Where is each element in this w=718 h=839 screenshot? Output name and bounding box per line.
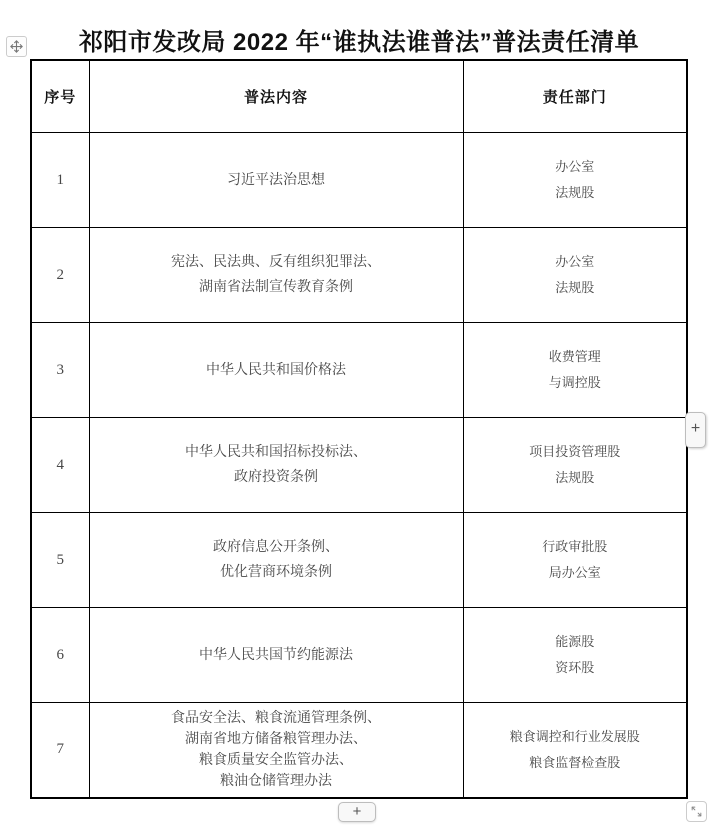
table-header-row: 序号 普法内容 责任部门 bbox=[31, 60, 687, 133]
row-content: 中华人民共和国招标投标法、 政府投资条例 bbox=[89, 418, 463, 513]
table-row: 4 中华人民共和国招标投标法、 政府投资条例 项目投资管理股 法规股 bbox=[31, 418, 687, 513]
row-content: 宪法、民法典、反有组织犯罪法、 湖南省法制宣传教育条例 bbox=[89, 228, 463, 323]
table-row: 5 政府信息公开条例、 优化营商环境条例 行政审批股 局办公室 bbox=[31, 513, 687, 608]
page-title: 祁阳市发改局 2022 年“谁执法谁普法”普法责任清单 bbox=[0, 22, 718, 57]
row-content: 中华人民共和国价格法 bbox=[89, 323, 463, 418]
col-header-department: 责任部门 bbox=[463, 60, 687, 133]
col-header-content: 普法内容 bbox=[89, 60, 463, 133]
table-resize-handle[interactable] bbox=[686, 801, 707, 822]
col-header-index: 序号 bbox=[31, 60, 89, 133]
move-icon bbox=[9, 39, 24, 54]
resize-expand-icon bbox=[690, 805, 703, 818]
table-row: 3 中华人民共和国价格法 收费管理 与调控股 bbox=[31, 323, 687, 418]
row-department: 收费管理 与调控股 bbox=[463, 323, 687, 418]
row-department: 能源股 资环股 bbox=[463, 608, 687, 703]
table-row: 6 中华人民共国节约能源法 能源股 资环股 bbox=[31, 608, 687, 703]
table-row: 7 食品安全法、粮食流通管理条例、 湖南省地方储备粮管理办法、 粮食质量安全监管… bbox=[31, 703, 687, 798]
pufa-responsibility-table: 序号 普法内容 责任部门 1 习近平法治思想 办公室 法规股 2 宪法、民法典、… bbox=[30, 59, 688, 799]
plus-icon: + bbox=[353, 804, 362, 819]
row-index: 6 bbox=[31, 608, 89, 703]
row-index: 5 bbox=[31, 513, 89, 608]
add-column-button[interactable]: + bbox=[685, 412, 706, 448]
row-index: 1 bbox=[31, 133, 89, 228]
add-row-button[interactable]: + bbox=[338, 802, 376, 822]
document-page: { "title": "祁阳市发改局 2022 年“谁执法谁普法”普法责任清单"… bbox=[0, 0, 718, 839]
row-department: 粮食调控和行业发展股 粮食监督检查股 bbox=[463, 703, 687, 798]
row-content: 政府信息公开条例、 优化营商环境条例 bbox=[89, 513, 463, 608]
plus-icon: + bbox=[691, 421, 700, 437]
table-row: 1 习近平法治思想 办公室 法规股 bbox=[31, 133, 687, 228]
row-index: 3 bbox=[31, 323, 89, 418]
row-content: 食品安全法、粮食流通管理条例、 湖南省地方储备粮管理办法、 粮食质量安全监管办法… bbox=[89, 703, 463, 798]
row-index: 7 bbox=[31, 703, 89, 798]
row-department: 行政审批股 局办公室 bbox=[463, 513, 687, 608]
row-department: 办公室 法规股 bbox=[463, 133, 687, 228]
table-row: 2 宪法、民法典、反有组织犯罪法、 湖南省法制宣传教育条例 办公室 法规股 bbox=[31, 228, 687, 323]
row-index: 2 bbox=[31, 228, 89, 323]
row-index: 4 bbox=[31, 418, 89, 513]
table-move-handle[interactable] bbox=[6, 36, 27, 57]
row-content: 习近平法治思想 bbox=[89, 133, 463, 228]
row-content: 中华人民共国节约能源法 bbox=[89, 608, 463, 703]
row-department: 项目投资管理股 法规股 bbox=[463, 418, 687, 513]
row-department: 办公室 法规股 bbox=[463, 228, 687, 323]
